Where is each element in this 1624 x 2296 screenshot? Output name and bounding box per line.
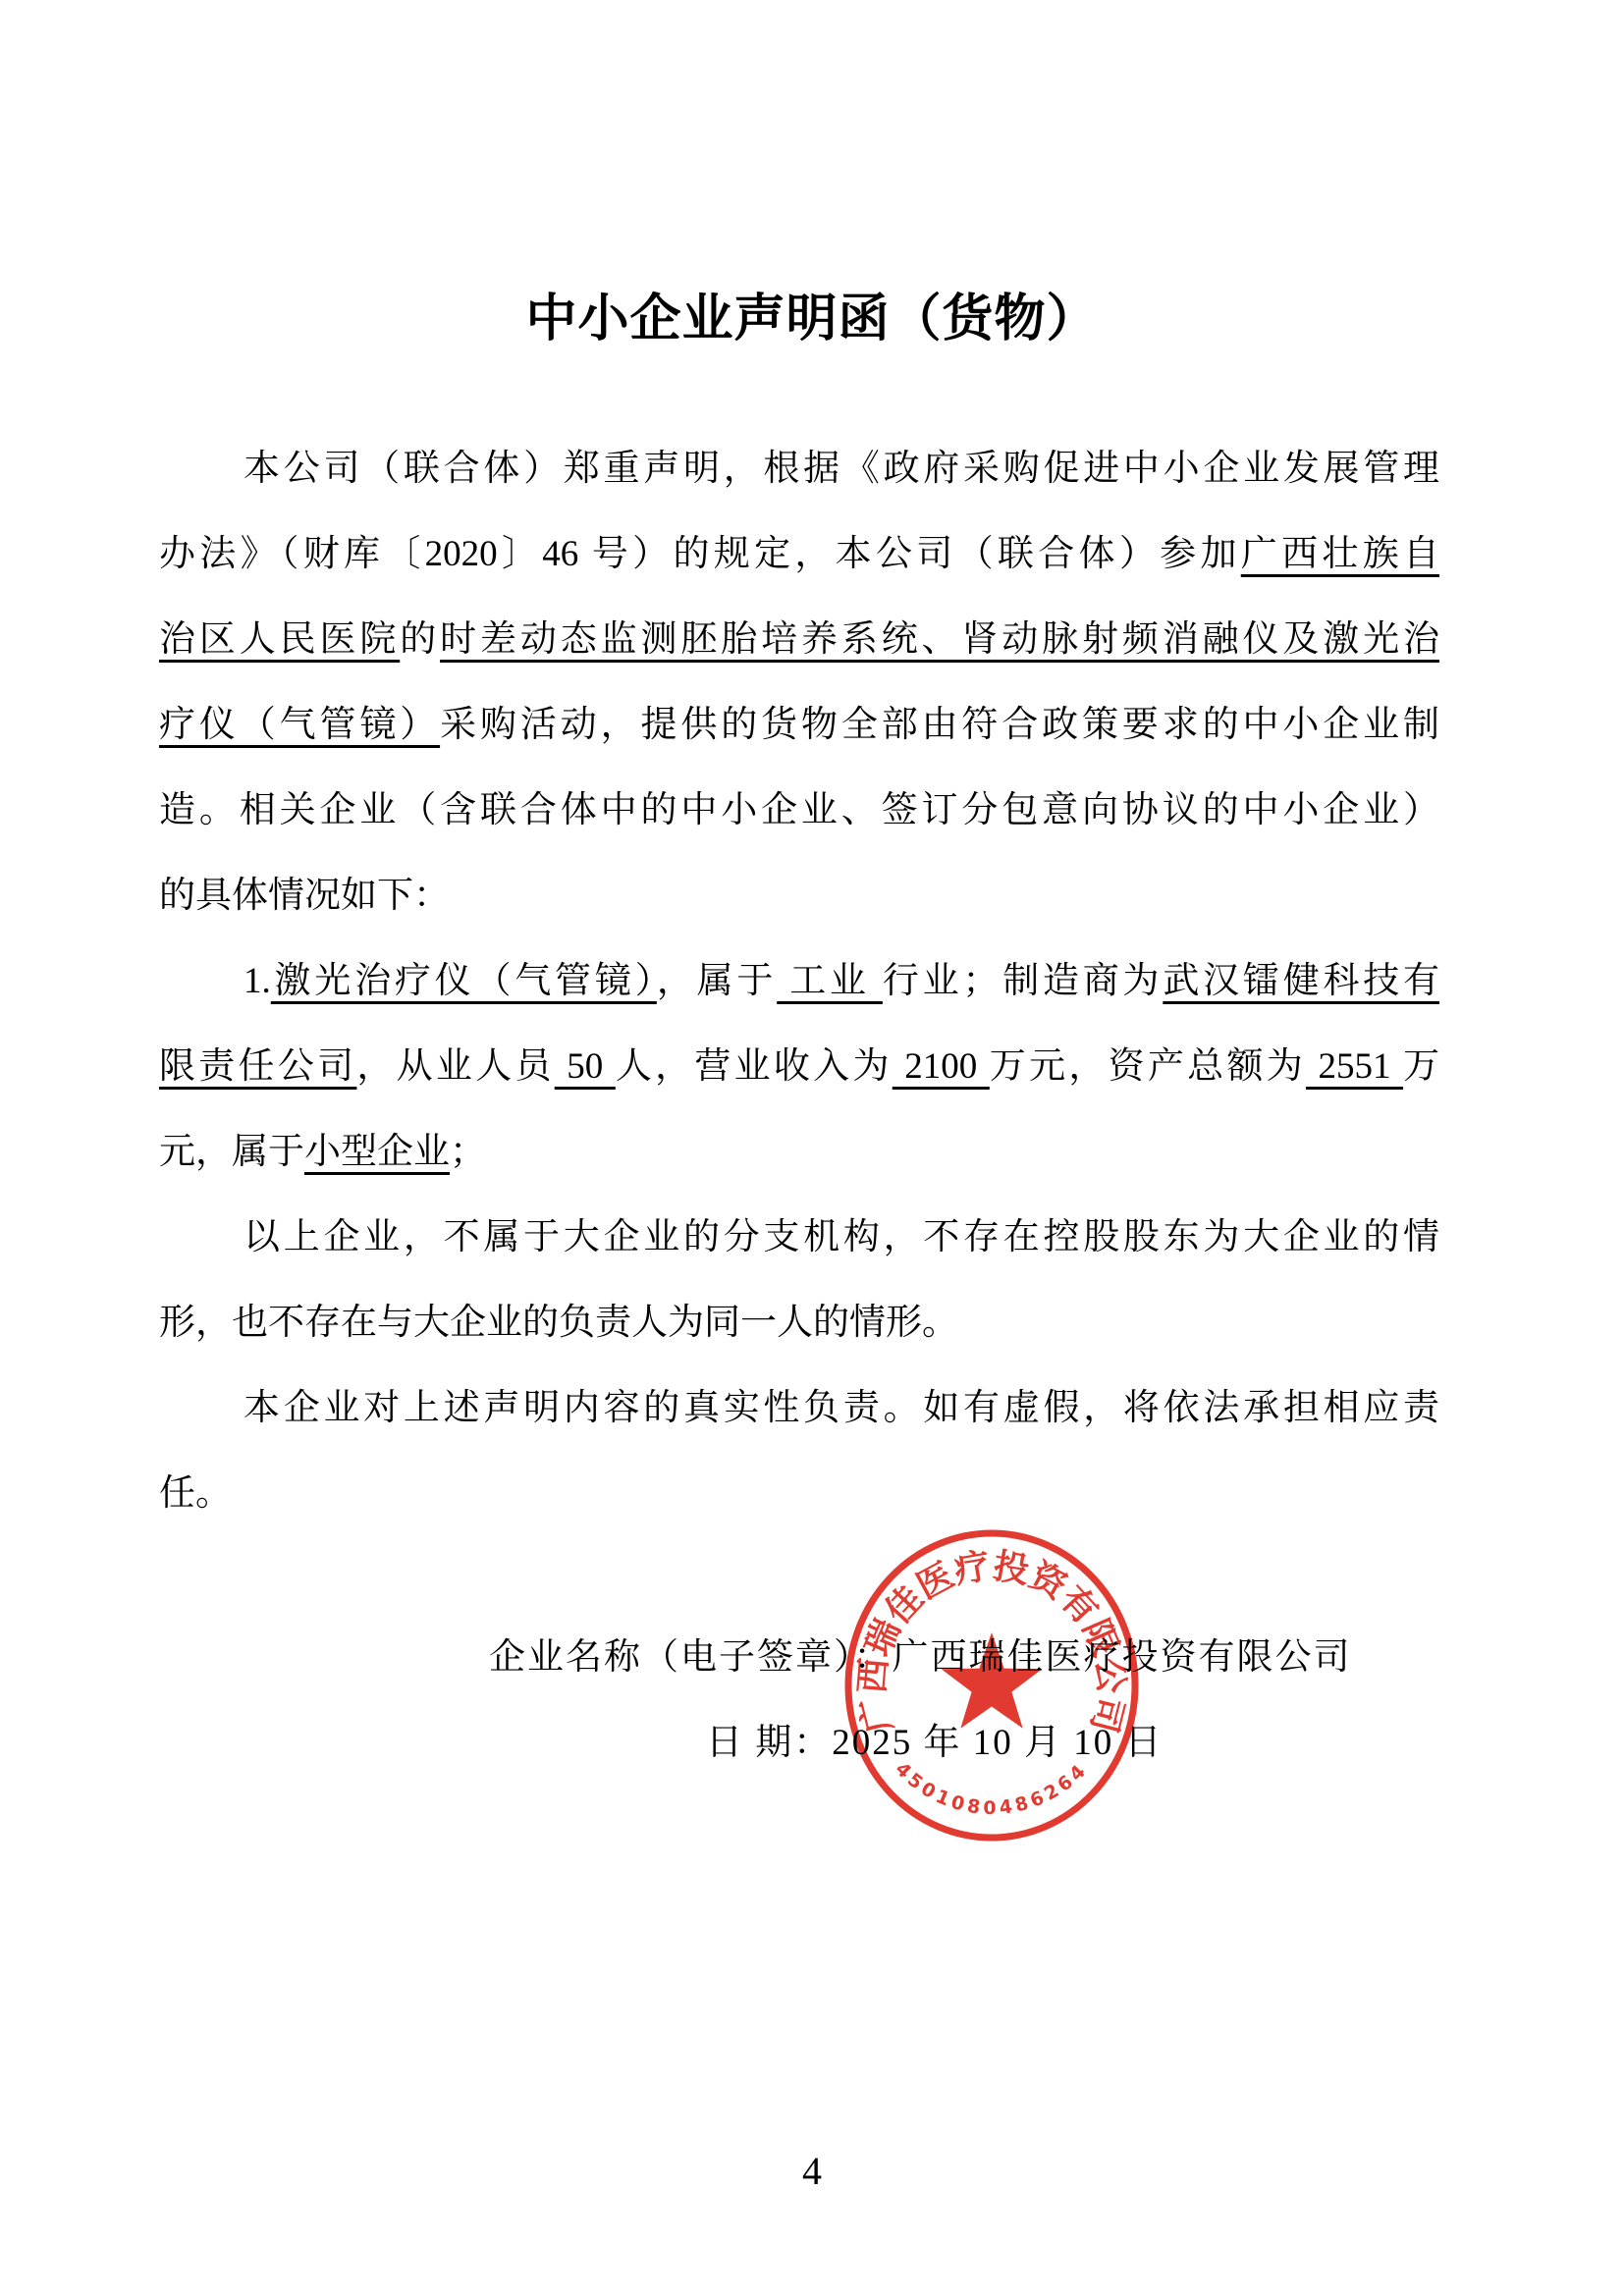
underlined-text: 限责任公司 bbox=[159, 1046, 356, 1087]
text-segment: 形，也不存在与大企业的负责人为同一人的情形。 bbox=[159, 1303, 958, 1343]
seal-number-textpath: 4501080486264 bbox=[891, 1758, 1092, 1819]
text-segment: 造。相关企业（含联合体中的中小企业、签订分包意向协议的中小企业） bbox=[159, 790, 1439, 830]
text-segment: 1. bbox=[244, 961, 271, 1001]
body-line: 元，属于小型企业； bbox=[159, 1109, 1439, 1195]
seal-star-icon bbox=[942, 1632, 1043, 1729]
underlined-text: 时差动态监测胚胎培养系统、肾动脉射频消融仪及激光治 bbox=[440, 619, 1439, 660]
body-line: 限责任公司，从业人员 50 人，营业收入为 2100 万元，资产总额为 2551… bbox=[159, 1024, 1439, 1109]
document-title: 中小企业声明函（货物） bbox=[0, 277, 1624, 350]
text-segment: 元，属于 bbox=[159, 1132, 304, 1172]
body-line: 本企业对上述声明内容的真实性负责。如有虚假，将依法承担相应责 bbox=[159, 1365, 1439, 1451]
body-line: 的具体情况如下： bbox=[159, 853, 1439, 938]
body-line: 治区人民医院的时差动态监测胚胎培养系统、肾动脉射频消融仪及激光治 bbox=[159, 597, 1439, 682]
text-segment: 以上企业，不属于大企业的分支机构，不存在控股股东为大企业的情 bbox=[244, 1217, 1439, 1257]
text-segment: 本公司（联合体）郑重声明，根据《政府采购促进中小企业发展管理 bbox=[244, 449, 1439, 489]
text-segment: 采购活动，提供的货物全部由符合政策要求的中小企业制 bbox=[440, 705, 1439, 745]
body-line: 疗仪（气管镜）采购活动，提供的货物全部由符合政策要求的中小企业制 bbox=[159, 682, 1439, 768]
body-line: 任。 bbox=[159, 1451, 1439, 1536]
text-segment: 的 bbox=[400, 619, 440, 660]
text-segment: ，属于 bbox=[657, 961, 777, 1001]
body-line: 办法》（财库〔2020〕46 号）的规定，本公司（联合体）参加广西壮族自 bbox=[159, 511, 1439, 597]
text-segment: 行业；制造商为 bbox=[883, 961, 1163, 1001]
text-segment: 办法》（财库〔2020〕46 号）的规定，本公司（联合体）参加 bbox=[159, 534, 1241, 574]
underlined-text: 工业 bbox=[777, 961, 883, 1001]
body-lines: 本公司（联合体）郑重声明，根据《政府采购促进中小企业发展管理办法》（财库〔202… bbox=[159, 426, 1439, 1536]
seal-number-arc: 4501080486264 bbox=[891, 1758, 1092, 1819]
underlined-text: 武汉镭健科技有 bbox=[1163, 961, 1439, 1001]
underlined-text: 治区人民医院 bbox=[159, 619, 400, 660]
text-segment: 人，营业收入为 bbox=[616, 1046, 893, 1087]
text-segment: 万 bbox=[1403, 1046, 1439, 1087]
text-segment: 万元，资产总额为 bbox=[990, 1046, 1306, 1087]
body-line: 本公司（联合体）郑重声明，根据《政府采购促进中小企业发展管理 bbox=[159, 426, 1439, 511]
underlined-text: 小型企业 bbox=[304, 1132, 450, 1172]
company-seal-svg: 广西瑞佳医疗投资有限公司 4501080486264 bbox=[833, 1524, 1151, 1846]
text-segment: ； bbox=[450, 1132, 486, 1172]
text-segment: ，从业人员 bbox=[356, 1046, 554, 1087]
underlined-text: 2551 bbox=[1306, 1046, 1403, 1087]
body-line: 1.激光治疗仪（气管镜），属于 工业 行业；制造商为武汉镭健科技有 bbox=[159, 938, 1439, 1024]
body-line: 形，也不存在与大企业的负责人为同一人的情形。 bbox=[159, 1280, 1439, 1365]
document-page: 中小企业声明函（货物） 本公司（联合体）郑重声明，根据《政府采购促进中小企业发展… bbox=[0, 0, 1624, 2296]
underlined-text: 激光治疗仪（气管镜） bbox=[271, 961, 657, 1001]
text-segment: 本企业对上述声明内容的真实性负责。如有虚假，将依法承担相应责 bbox=[244, 1388, 1439, 1428]
underlined-text: 2100 bbox=[893, 1046, 990, 1087]
body-line: 以上企业，不属于大企业的分支机构，不存在控股股东为大企业的情 bbox=[159, 1195, 1439, 1280]
underlined-text: 50 bbox=[555, 1046, 616, 1087]
company-seal: 广西瑞佳医疗投资有限公司 4501080486264 bbox=[833, 1524, 1151, 1846]
page-number: 4 bbox=[0, 2148, 1624, 2194]
underlined-text: 广西壮族自 bbox=[1241, 534, 1439, 574]
text-segment: 任。 bbox=[159, 1473, 232, 1514]
body-line: 造。相关企业（含联合体中的中小企业、签订分包意向协议的中小企业） bbox=[159, 768, 1439, 853]
underlined-text: 疗仪（气管镜） bbox=[159, 705, 440, 745]
text-segment: 的具体情况如下： bbox=[159, 876, 450, 916]
